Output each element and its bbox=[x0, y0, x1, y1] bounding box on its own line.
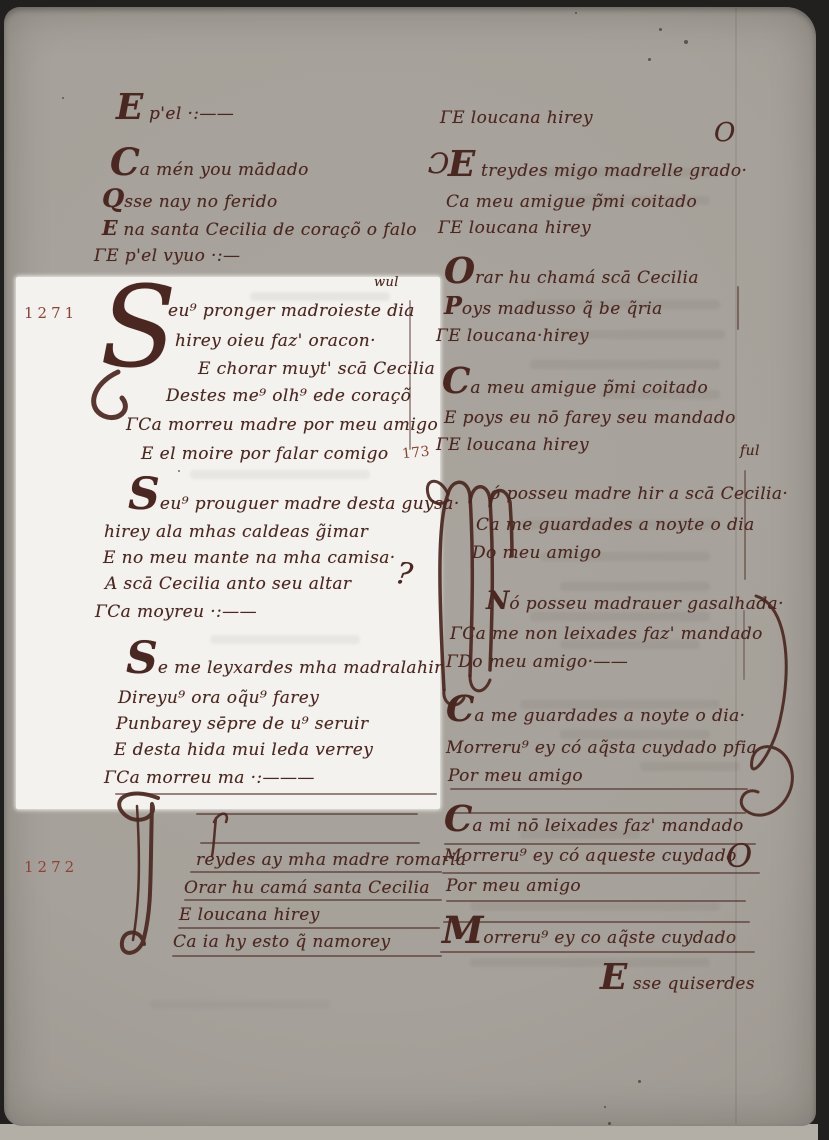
ink-speck bbox=[604, 1106, 606, 1108]
manuscript-line: ΓE loucana hirey bbox=[440, 110, 593, 127]
bleedthrough-line bbox=[250, 292, 390, 301]
ring-mark: O bbox=[714, 120, 736, 146]
manuscript-line: eu⁹ pronger madroieste dia bbox=[168, 303, 415, 320]
manuscript-line: ΓDo meu amigo·—— bbox=[446, 654, 628, 671]
manuscript-line: Seu⁹ prouguer madre desta guysa· bbox=[128, 494, 460, 513]
ink-speck bbox=[638, 1080, 641, 1083]
correction-mark: Ɔ bbox=[428, 150, 450, 178]
bleedthrough-line bbox=[210, 635, 360, 644]
ruled-line bbox=[446, 900, 746, 902]
manuscript-line: Qsse nay no ferido bbox=[102, 194, 278, 211]
manuscript-line: reydes ay mha madre romaria bbox=[196, 852, 466, 869]
ruled-line bbox=[452, 812, 746, 814]
ruled-line bbox=[444, 843, 756, 845]
manuscript-line: Orar hu camá santa Cecilia bbox=[184, 880, 430, 897]
bleedthrough-line bbox=[530, 360, 720, 369]
ruled-line bbox=[115, 793, 437, 795]
ink-speck bbox=[684, 40, 688, 44]
manuscript-line: E treydes migo madrelle grado· bbox=[448, 163, 747, 180]
manuscript-line: Morreru⁹ ey có aqueste cuydado bbox=[444, 848, 737, 865]
ink-speck bbox=[608, 1122, 611, 1125]
ruled-line bbox=[190, 871, 442, 873]
manuscript-line: E loucana hirey bbox=[179, 907, 320, 924]
ruled-line bbox=[443, 921, 750, 923]
manuscript-line: Se me leyxardes mha madralahir bbox=[126, 658, 443, 677]
manuscript-line: Ca meu amigue p̃mi coitado bbox=[446, 194, 697, 211]
ruled-line bbox=[172, 955, 442, 957]
manuscript-line: Poys madusso q̃ be q̃ria bbox=[444, 301, 663, 318]
bleedthrough-line bbox=[470, 902, 720, 911]
ink-speck bbox=[575, 12, 577, 14]
bleedthrough-line bbox=[150, 1000, 330, 1009]
manuscript-line: Direyu⁹ ora oq̃u⁹ farey bbox=[118, 690, 319, 707]
manuscript-line: ΓCa morreu ma ·:——— bbox=[104, 770, 315, 787]
manuscript-line: Ca me guardades a noyte o dia bbox=[476, 517, 755, 534]
manuscript-line: Nó posseu madrauer gasalhada· bbox=[486, 596, 784, 613]
manuscript-line: E sse quiserdes bbox=[600, 976, 755, 993]
bleedthrough-line bbox=[470, 958, 710, 967]
scribble-mark: wul bbox=[374, 276, 399, 289]
ruled-line bbox=[440, 951, 755, 953]
ruled-line bbox=[200, 842, 420, 844]
manuscript-line: Orar hu chamá scā Cecilia bbox=[444, 270, 699, 287]
bleedthrough-line bbox=[190, 470, 370, 479]
manuscript-line: ΓCa moyreu ·:—— bbox=[95, 604, 257, 621]
ring-mark: O bbox=[726, 840, 753, 872]
manuscript-line: Morreru⁹ ey có aq̃sta cuydado pfia bbox=[446, 740, 757, 757]
ruled-line bbox=[178, 927, 440, 929]
scribble-mark: ful bbox=[740, 444, 760, 458]
manuscript-line: Do meu amigo bbox=[472, 545, 601, 562]
bleedthrough-line bbox=[560, 582, 710, 591]
manuscript-scan: E p'el ·:——Ca mén you mādadoQsse nay no … bbox=[0, 0, 829, 1140]
ink-speck bbox=[659, 28, 662, 31]
ruled-line bbox=[442, 872, 760, 874]
manuscript-line: E desta hida mui leda verrey bbox=[114, 742, 373, 759]
manuscript-line: Por meu amigo bbox=[446, 878, 581, 895]
manuscript-line: Ca meu amigue p̃mi coitado bbox=[442, 380, 708, 397]
manuscript-line: Ca me guardades a noyte o dia· bbox=[446, 708, 745, 725]
manuscript-line: ó posseu madre hir a scā Cecilia· bbox=[490, 486, 788, 503]
manuscript-line: E poys eu nō farey seu mandado bbox=[444, 410, 736, 427]
manuscript-line: ΓCa me non leixades faz' mandado bbox=[450, 626, 763, 643]
manuscript-line: ΓE loucana·hirey bbox=[436, 328, 589, 345]
song-number: 1271 bbox=[24, 306, 78, 321]
manuscript-line: E el moire por falar comigo bbox=[141, 446, 389, 463]
margin-stroke bbox=[737, 286, 739, 330]
ruled-line bbox=[196, 813, 418, 815]
manuscript-line: Ca mén you mādado bbox=[110, 162, 309, 179]
manuscript-line: ΓE loucana hirey bbox=[438, 220, 591, 237]
manuscript-line: Destes me⁹ olh⁹ ede coraçõ bbox=[166, 388, 411, 405]
manuscript-line: E chorar muyt' scā Cecilia bbox=[198, 361, 435, 378]
manuscript-line: ΓE loucana hirey bbox=[436, 437, 589, 454]
margin-stroke bbox=[743, 610, 745, 680]
manuscript-line: Punbarey sēpre de u⁹ seruir bbox=[116, 716, 369, 733]
page-under-edge bbox=[0, 1124, 818, 1140]
manuscript-line: Ca ia hy esto q̃ namorey bbox=[173, 934, 390, 951]
ink-speck bbox=[178, 470, 180, 472]
ruled-line bbox=[450, 788, 748, 790]
manuscript-line: Ca mi nō leixades faz' mandado bbox=[444, 818, 744, 835]
song-number: 1272 bbox=[24, 860, 78, 875]
manuscript-line: E na santa Cecilia de coraçõ o falo bbox=[102, 222, 417, 239]
ink-speck bbox=[62, 97, 64, 99]
initial-S: S bbox=[100, 272, 177, 384]
manuscript-line: ΓCa morreu madre por meu amigo bbox=[126, 417, 438, 434]
manuscript-line: Morreru⁹ ey co aq̃ste cuydado bbox=[442, 930, 737, 947]
manuscript-line: E p'el ·:—— bbox=[116, 106, 234, 123]
manuscript-line: Por meu amigo bbox=[448, 768, 583, 785]
column-number: 173 bbox=[401, 445, 430, 462]
manuscript-line: E no meu mante na mha camisa· bbox=[103, 550, 396, 567]
ink-speck bbox=[648, 58, 651, 61]
bleedthrough-line bbox=[640, 762, 740, 771]
manuscript-line: A scā Cecilia anto seu altar bbox=[105, 576, 351, 593]
ruled-line bbox=[184, 899, 442, 901]
manuscript-line: hirey oieu faz' oracon· bbox=[175, 333, 376, 350]
manuscript-line: hirey ala mhas caldeas g̃imar bbox=[104, 524, 368, 541]
